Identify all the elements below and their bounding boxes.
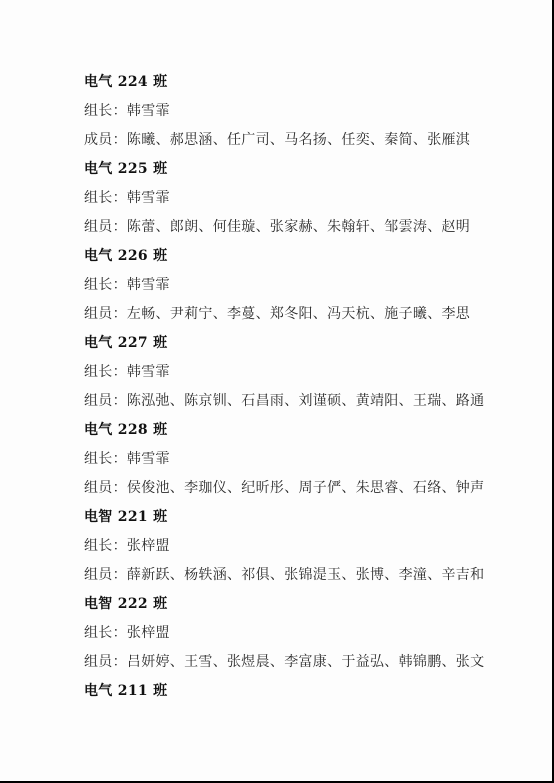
leader-line: 组长：韩雪霏 [84, 188, 504, 217]
leader-name: 韩雪霏 [127, 103, 170, 119]
leader-label: 组长： [84, 625, 127, 641]
members-line: 组员：左畅、尹莉宁、李蔓、郑冬阳、冯天杭、施子曦、李思 [84, 304, 504, 333]
members-names: 陈曦、郝思涵、任广司、马名扬、任奕、秦简、张雁淇 [127, 132, 470, 148]
members-line: 成员：陈曦、郝思涵、任广司、马名扬、任奕、秦简、张雁淇 [84, 130, 504, 159]
members-names: 左畅、尹莉宁、李蔓、郑冬阳、冯天杭、施子曦、李思 [127, 306, 470, 322]
members-names: 陈蕾、郎朗、何佳璇、张家赫、朱翰轩、邹雲涛、赵明 [127, 219, 470, 235]
leader-line: 组长：张梓盟 [84, 623, 504, 652]
members-label: 组员： [84, 654, 127, 670]
leader-line: 组长：张梓盟 [84, 536, 504, 565]
leader-name: 韩雪霏 [127, 277, 170, 293]
class-heading: 电气 211 班 [84, 681, 504, 710]
document-content: 电气 224 班 组长：韩雪霏 成员：陈曦、郝思涵、任广司、马名扬、任奕、秦简、… [84, 72, 504, 710]
class-heading: 电智 222 班 [84, 594, 504, 623]
members-names: 薛新跃、杨轶涵、祁俱、张锦湜玉、张博、李潼、辛吉和 [127, 567, 485, 583]
leader-line: 组长：韩雪霏 [84, 362, 504, 391]
leader-line: 组长：韩雪霏 [84, 101, 504, 130]
leader-name: 张梓盟 [127, 538, 170, 554]
members-label: 组员： [84, 306, 127, 322]
class-heading: 电智 221 班 [84, 507, 504, 536]
members-label: 组员： [84, 393, 127, 409]
leader-name: 韩雪霏 [127, 451, 170, 467]
class-heading: 电气 227 班 [84, 333, 504, 362]
leader-label: 组长： [84, 277, 127, 293]
members-names: 吕妍婷、王雪、张煜晨、李富康、于益弘、韩锦鹏、张文 [127, 654, 485, 670]
members-label: 组员： [84, 480, 127, 496]
members-line: 组员：陈泓弛、陈京钏、石昌雨、刘谨硕、黄靖阳、王瑞、路通 [84, 391, 504, 420]
leader-label: 组长： [84, 190, 127, 206]
class-heading: 电气 226 班 [84, 246, 504, 275]
class-heading: 电气 225 班 [84, 159, 504, 188]
leader-line: 组长：韩雪霏 [84, 449, 504, 478]
leader-name: 韩雪霏 [127, 190, 170, 206]
members-label: 组员： [84, 567, 127, 583]
leader-name: 张梓盟 [127, 625, 170, 641]
leader-label: 组长： [84, 364, 127, 380]
leader-name: 韩雪霏 [127, 364, 170, 380]
members-names: 侯俊池、李珈仪、纪昕彤、周子俨、朱思睿、石络、钟声 [127, 480, 485, 496]
leader-line: 组长：韩雪霏 [84, 275, 504, 304]
leader-label: 组长： [84, 451, 127, 467]
class-heading: 电气 228 班 [84, 420, 504, 449]
members-line: 组员：吕妍婷、王雪、张煜晨、李富康、于益弘、韩锦鹏、张文 [84, 652, 504, 681]
class-heading: 电气 224 班 [84, 72, 504, 101]
members-label: 成员： [84, 132, 127, 148]
members-names: 陈泓弛、陈京钏、石昌雨、刘谨硕、黄靖阳、王瑞、路通 [127, 393, 485, 409]
document-page: 电气 224 班 组长：韩雪霏 成员：陈曦、郝思涵、任广司、马名扬、任奕、秦简、… [0, 0, 554, 783]
leader-label: 组长： [84, 538, 127, 554]
members-line: 组员：侯俊池、李珈仪、纪昕彤、周子俨、朱思睿、石络、钟声 [84, 478, 504, 507]
leader-label: 组长： [84, 103, 127, 119]
members-label: 组员： [84, 219, 127, 235]
members-line: 组员：薛新跃、杨轶涵、祁俱、张锦湜玉、张博、李潼、辛吉和 [84, 565, 504, 594]
members-line: 组员：陈蕾、郎朗、何佳璇、张家赫、朱翰轩、邹雲涛、赵明 [84, 217, 504, 246]
